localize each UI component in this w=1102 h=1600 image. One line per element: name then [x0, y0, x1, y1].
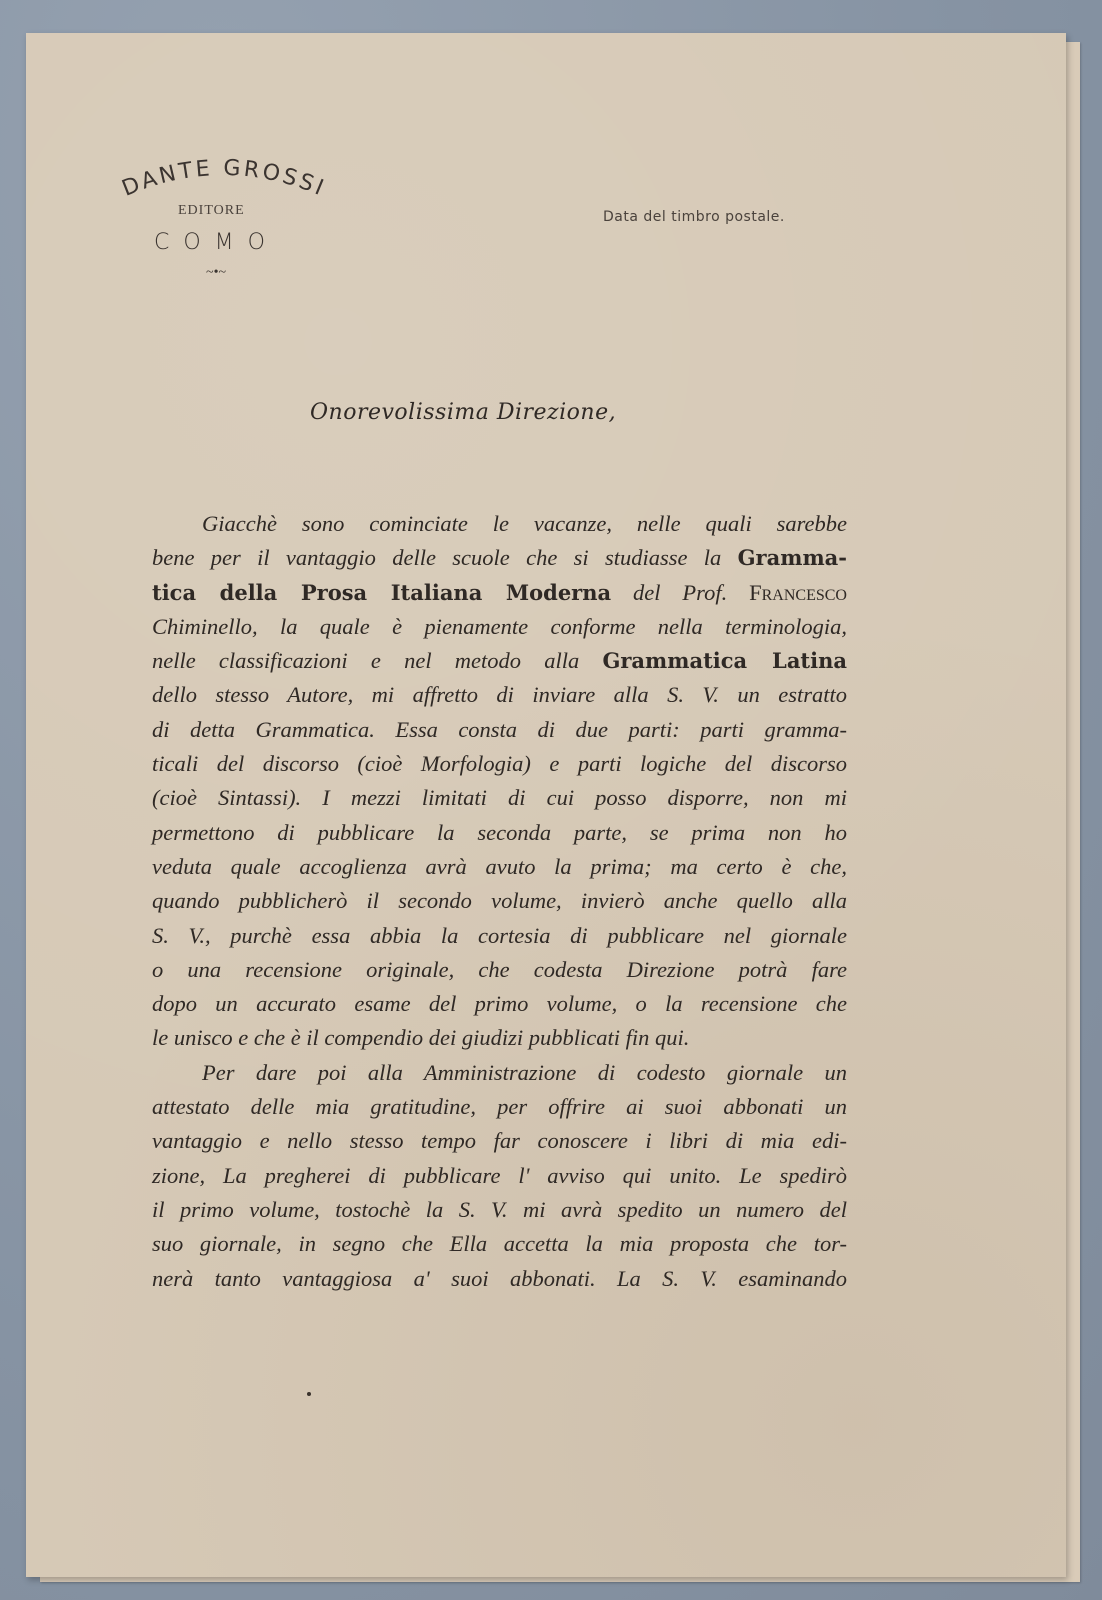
- body-line: Per dare poi alla Amministrazione di cod…: [152, 1056, 847, 1090]
- salutation: Onorevolissima Direzione,: [310, 400, 616, 425]
- body-line: zione, La pregherei di pubblicare l' avv…: [152, 1159, 847, 1193]
- publisher-name: DANTE GROSSI: [119, 156, 330, 202]
- book-title-bold: tica della Prosa Italiana Moderna: [152, 580, 611, 605]
- body-line: nelle classificazioni e nel metodo alla …: [152, 644, 847, 678]
- body-line: nerà tanto vantaggiosa a' suoi abbonati.…: [152, 1262, 847, 1296]
- body-line: veduta quale accoglienza avrà avuto la p…: [152, 850, 847, 884]
- body-line: dello stesso Autore, mi affretto di invi…: [152, 678, 847, 712]
- body-line: il primo volume, tostochè la S. V. mi av…: [152, 1193, 847, 1227]
- body-line: le unisco e che è il compendio dei giudi…: [152, 1021, 847, 1055]
- book-title-bold: Gramma-: [738, 545, 847, 570]
- publisher-city: COMO: [154, 230, 279, 255]
- body-line: o una recensione originale, che codesta …: [152, 953, 847, 987]
- body-line: ticali del discorso (cioè Morfologia) e …: [152, 747, 847, 781]
- body-line: bene per il vantaggio delle scuole che s…: [152, 541, 847, 575]
- body-line: vantaggio e nello stesso tempo far conos…: [152, 1124, 847, 1158]
- letter-body: Giacchè sono cominciate le vacanze, nell…: [152, 507, 847, 1296]
- author-name: Francesco: [749, 580, 847, 605]
- svg-text:DANTE GROSSI: DANTE GROSSI: [119, 156, 330, 202]
- ink-speck: [307, 1392, 311, 1396]
- ornament-icon: ~•~: [206, 265, 226, 281]
- body-line: attestato delle mia gratitudine, per off…: [152, 1090, 847, 1124]
- body-line: suo giornale, in segno che Ella accetta …: [152, 1227, 847, 1261]
- letterhead: DANTE GROSSI EDITORE COMO ~•~: [88, 150, 358, 290]
- book-title-bold: Grammatica Latina: [602, 648, 847, 673]
- body-line: di detta Grammatica. Essa consta di due …: [152, 713, 847, 747]
- body-line: (cioè Sintassi). I mezzi limitati di cui…: [152, 781, 847, 815]
- body-line: Giacchè sono cominciate le vacanze, nell…: [152, 507, 847, 541]
- body-line: quando pubblicherò il secondo volume, in…: [152, 884, 847, 918]
- body-line: permettono di pubblicare la seconda part…: [152, 816, 847, 850]
- body-line: Chiminello, la quale è pienamente confor…: [152, 610, 847, 644]
- body-line: dopo un accurato esame del primo volume,…: [152, 987, 847, 1021]
- postmark-date-note: Data del timbro postale.: [603, 209, 785, 225]
- publisher-role: EDITORE: [178, 203, 245, 219]
- body-line: S. V., purchè essa abbia la cortesia di …: [152, 919, 847, 953]
- body-line: tica della Prosa Italiana Moderna del Pr…: [152, 576, 847, 610]
